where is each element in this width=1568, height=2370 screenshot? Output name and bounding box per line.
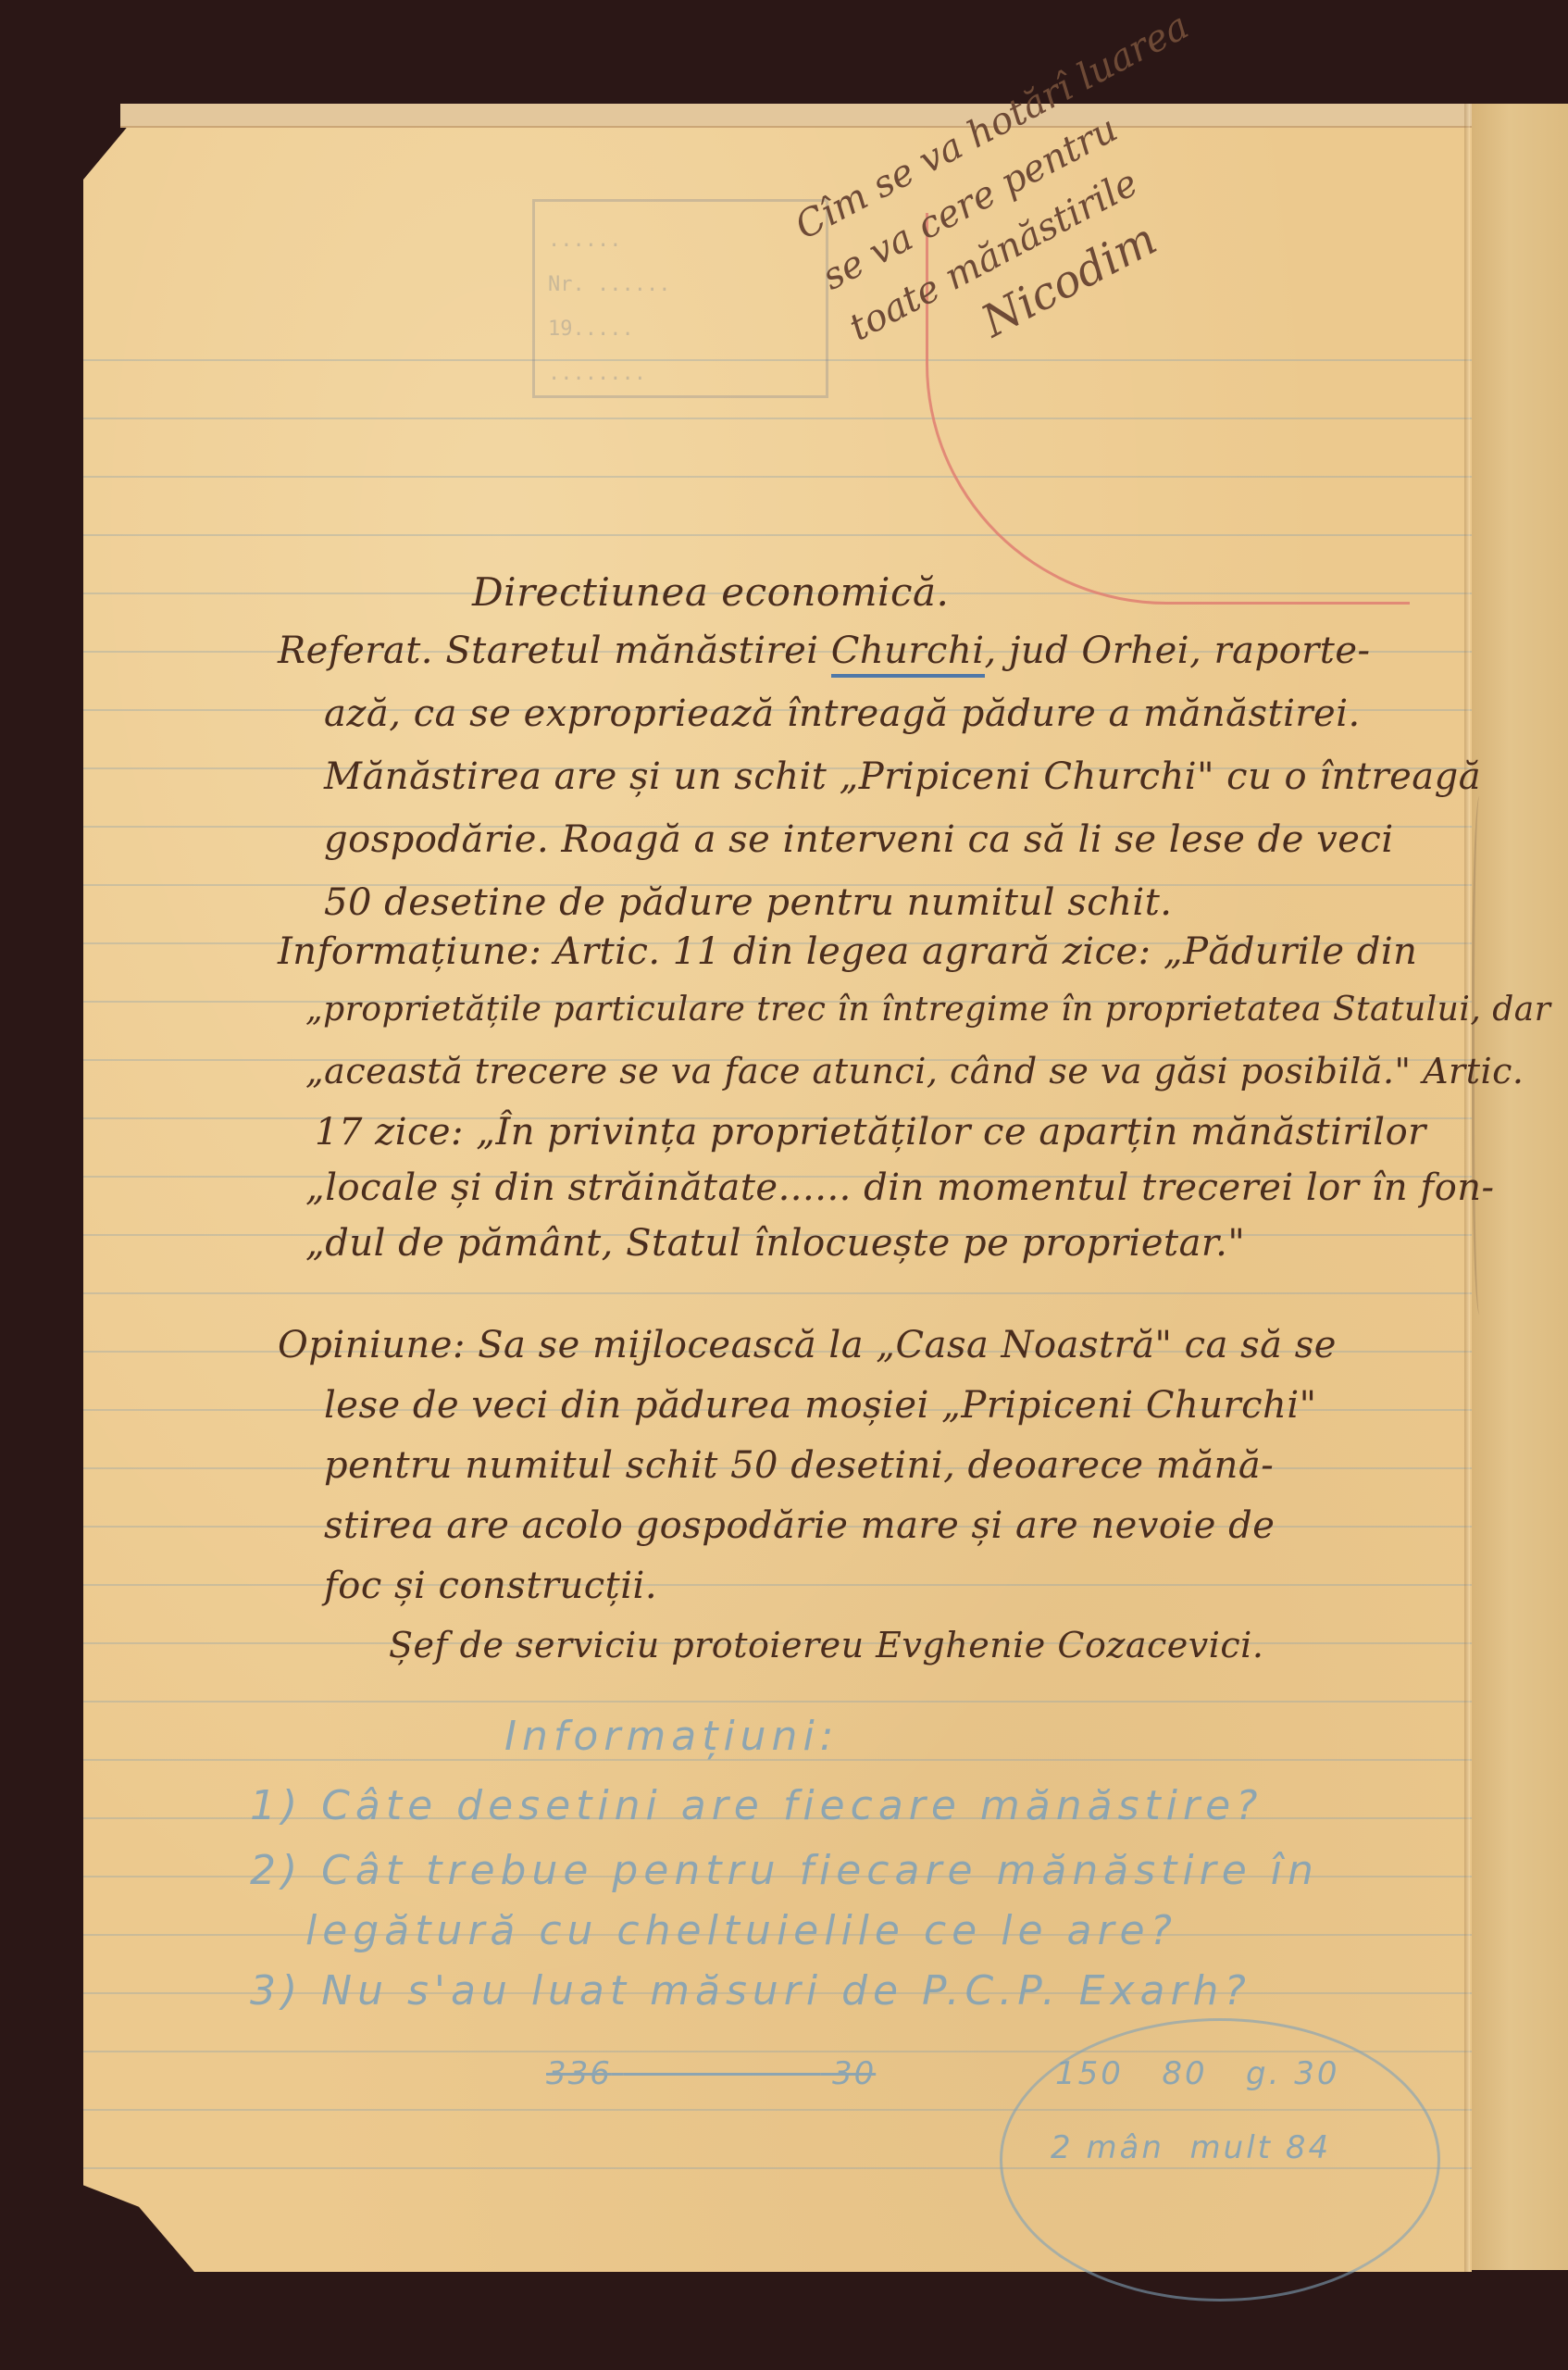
- referat-line: gospodărie. Roagă a se interveni ca să l…: [324, 818, 1394, 861]
- note-item: 2) Cât trebue pentru fiecare mănăstire î…: [250, 1847, 1319, 1894]
- note-text: legătură cu cheltuielile ce le are?: [305, 1907, 1177, 1954]
- informatiune-line: Informațiune: Artic. 11 din legea agrară…: [278, 930, 1417, 973]
- informatiune-line: „această trecere se va face atunci, când…: [305, 1051, 1524, 1091]
- signature-line: Șef de serviciu protoiereu Evghenie Coza…: [389, 1625, 1263, 1665]
- calc-value: 336: [546, 2055, 612, 2092]
- monastery-name-underlined: Churchi: [831, 630, 985, 678]
- referat-line: Mănăstirea are și un schit „Pripiceni Ch…: [324, 755, 1481, 798]
- opiniune-line: lese de veci din pădurea moșiei „Pripice…: [324, 1384, 1317, 1427]
- opiniune-line: Opiniune: Sa se mijlocească la „Casa Noa…: [278, 1324, 1337, 1366]
- note-text: Cât trebue pentru fiecare mănăstire în: [321, 1847, 1319, 1894]
- faded-registry-stamp: ...... Nr. ...... 19..... ........: [532, 199, 828, 398]
- note-item: legătură cu cheltuielile ce le are?: [305, 1907, 1177, 1954]
- informatiune-line: „proprietățile particulare trec în între…: [305, 991, 1550, 1029]
- section-heading: Directiunea economică.: [472, 569, 949, 615]
- opiniune-line: stirea are acolo gospodărie mare și are …: [324, 1504, 1275, 1547]
- referat-text: , jud Orhei, raporte-: [985, 630, 1371, 672]
- referat-line: 50 desetine de pădure pentru numitul sch…: [324, 881, 1173, 924]
- note-number: 2): [250, 1847, 303, 1894]
- informatiune-line: „locale și din străinătate...... din mom…: [305, 1166, 1495, 1209]
- referat-line: Referat. Staretul mănăstirei Churchi, ju…: [278, 630, 1371, 672]
- note-text: Câte desetini are fiecare mănăstire?: [321, 1782, 1263, 1829]
- notes-title: Informațiuni:: [504, 1713, 840, 1760]
- blue-pencil-circle: [1000, 2018, 1440, 2301]
- note-text: Nu s'au luat măsuri de P.C.P. Exarh?: [321, 1967, 1251, 2014]
- calc-value: 30: [832, 2055, 876, 2092]
- informatiune-line: 17 zice: „În privința proprietăților ce …: [315, 1111, 1426, 1154]
- folded-top-edge: [120, 104, 1472, 128]
- note-item: 1) Câte desetini are fiecare mănăstire?: [250, 1782, 1263, 1829]
- pencil-calculation-left: 336 30: [546, 2055, 876, 2092]
- stamp-line: 19.....: [548, 307, 813, 352]
- note-number: 1): [250, 1782, 303, 1829]
- referat-text: Referat. Staretul mănăstirei: [278, 630, 819, 672]
- informatiune-line: „dul de pământ, Statul înlocuește pe pro…: [305, 1222, 1245, 1265]
- note-number: 3): [250, 1967, 303, 2014]
- stamp-line: ......: [548, 218, 813, 263]
- opiniune-line: foc și construcții.: [324, 1565, 657, 1607]
- note-item: 3) Nu s'au luat măsuri de P.C.P. Exarh?: [250, 1967, 1251, 2014]
- stamp-line: Nr. ......: [548, 263, 813, 307]
- opiniune-line: pentru numitul schit 50 desetini, deoare…: [324, 1444, 1274, 1487]
- referat-line: ază, ca se expropriează întreagă pădure …: [324, 692, 1361, 735]
- stamp-line: ........: [548, 352, 813, 396]
